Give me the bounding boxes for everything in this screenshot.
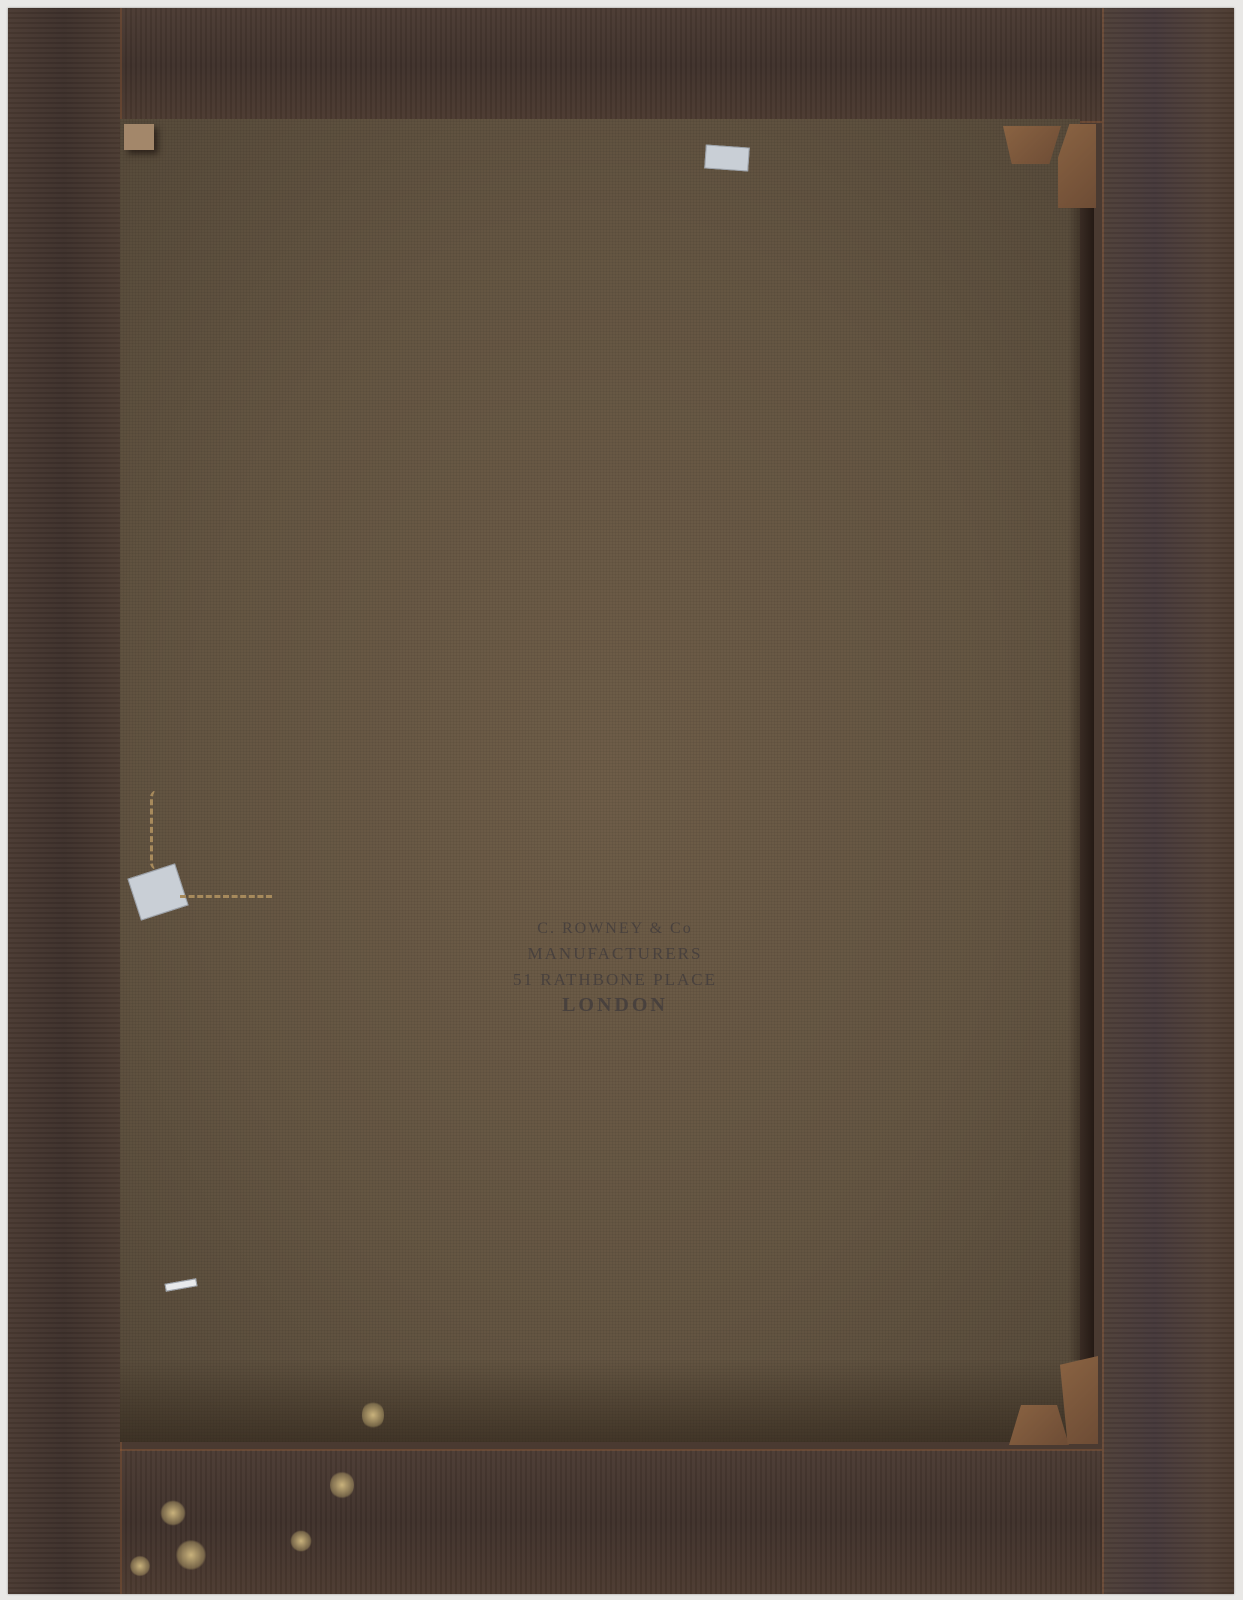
paper-label-top	[704, 144, 750, 171]
maker-stamp: C. ROWNEY & Co MANUFACTURERS 51 RATHBONE…	[490, 920, 740, 1017]
stamp-role: MANUFACTURERS	[490, 944, 740, 964]
corner-key-top-left	[124, 124, 154, 150]
seam-bottom	[120, 1449, 1102, 1451]
stamp-address: 51 RATHBONE PLACE	[490, 970, 740, 990]
stain-blot	[330, 1470, 354, 1500]
hanging-string-vertical	[150, 790, 165, 870]
stamp-maker: C. ROWNEY & Co	[490, 920, 740, 938]
stain-blot	[290, 1530, 312, 1552]
stain-blot	[175, 1540, 207, 1570]
stretcher-bar-bottom	[120, 1450, 1108, 1594]
stretcher-bar-top	[120, 8, 1108, 123]
stain-blot	[130, 1555, 150, 1577]
canvas-bottom-stain	[120, 1360, 1080, 1442]
stain-blot	[362, 1400, 384, 1430]
canvas-back	[120, 119, 1080, 1442]
seam-right	[1102, 8, 1104, 1594]
stamp-city: LONDON	[490, 994, 740, 1017]
canvas-edge-shadow	[1068, 180, 1094, 1360]
stain-blot	[160, 1500, 186, 1526]
stretcher-bar-right	[1102, 8, 1234, 1594]
stretcher-bar-left	[8, 8, 120, 1594]
hanging-string-horizontal	[180, 895, 272, 906]
